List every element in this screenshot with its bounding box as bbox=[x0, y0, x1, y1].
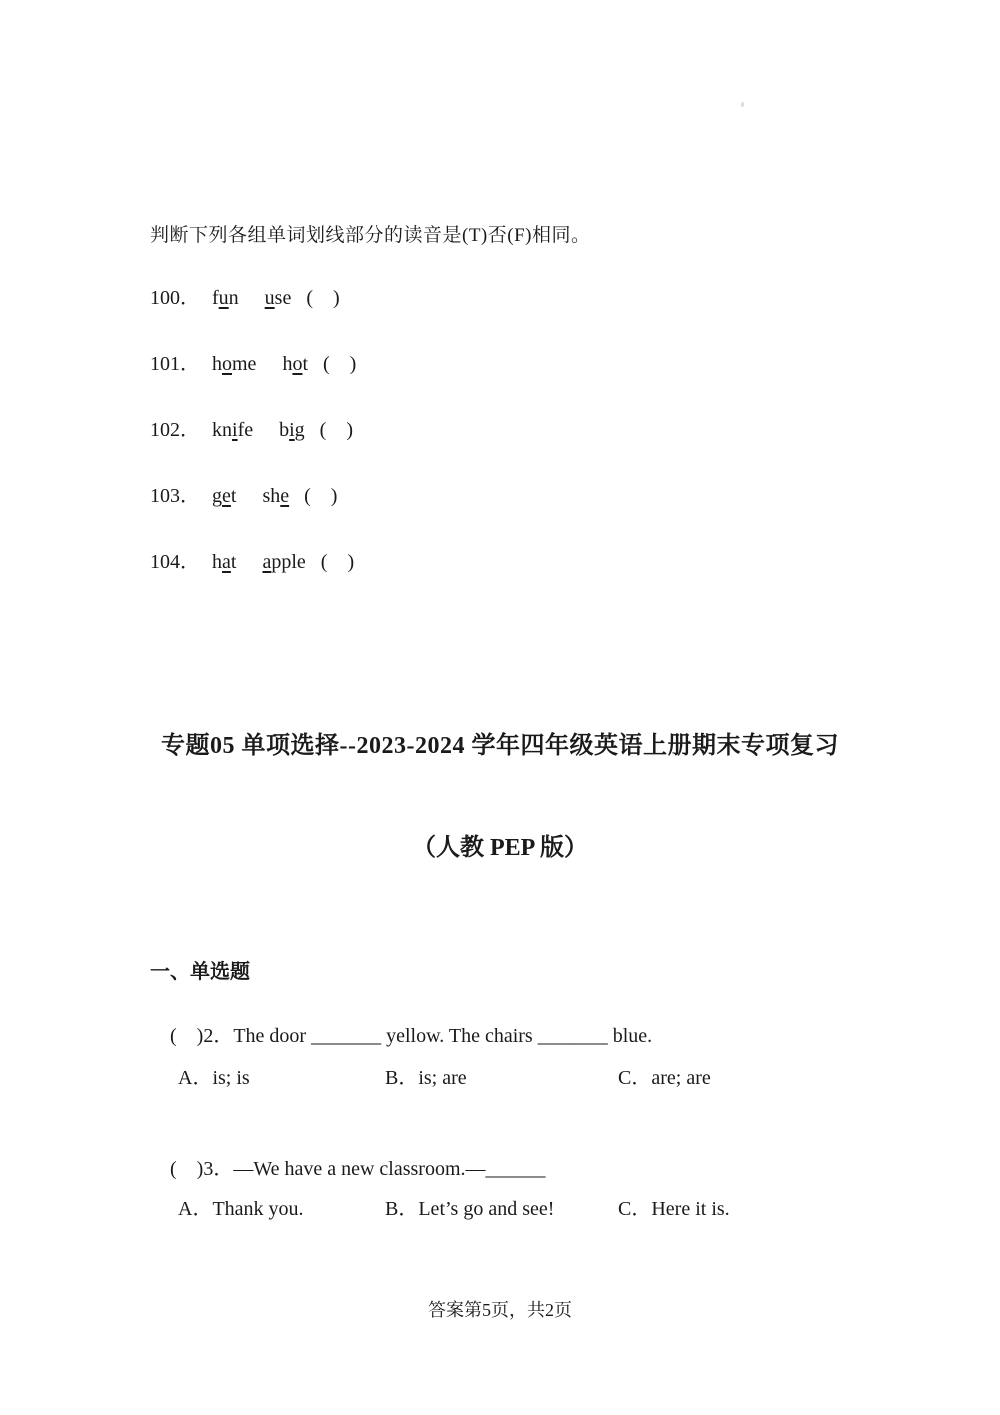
question-text: —We have a new classroom.—______ bbox=[233, 1158, 545, 1180]
item-number: 103． bbox=[150, 484, 207, 509]
item-number: 102． bbox=[150, 418, 207, 443]
answer-bracket: ( ) bbox=[306, 287, 339, 309]
underlined-letter: a bbox=[222, 551, 231, 573]
option-text: Thank you. bbox=[212, 1198, 303, 1220]
option-text: is; are bbox=[418, 1067, 466, 1089]
word-2: apple bbox=[262, 550, 305, 575]
option-b: B．Let’s go and see! bbox=[385, 1197, 554, 1222]
option-label: C． bbox=[618, 1067, 651, 1089]
pronunciation-instruction: 判断下列各组单词划线部分的读音是(T)否(F)相同。 bbox=[150, 224, 590, 248]
item-number: 100． bbox=[150, 286, 207, 311]
underlined-letter: u bbox=[265, 287, 275, 309]
underlined-letter: u bbox=[219, 287, 229, 309]
word-1: fun bbox=[212, 286, 239, 311]
word-1: get bbox=[212, 484, 236, 509]
word-2: hot bbox=[282, 352, 308, 377]
document-subtitle: （人教 PEP 版） bbox=[0, 833, 1000, 863]
option-label: A． bbox=[178, 1067, 212, 1089]
answer-bracket: ( ) bbox=[304, 485, 337, 507]
question-text: The door _______ yellow. The chairs ____… bbox=[233, 1025, 652, 1047]
underlined-letter: o bbox=[222, 353, 232, 375]
answer-bracket: ( ) bbox=[321, 551, 354, 573]
answer-bracket: ( ) bbox=[323, 353, 356, 375]
option-text: Here it is. bbox=[651, 1198, 729, 1220]
phonetic-item-104: 104． hat apple ( ) bbox=[150, 550, 354, 575]
underlined-letter: a bbox=[262, 551, 271, 573]
page-footer: 答案第5页，共2页 bbox=[0, 1299, 1000, 1322]
underlined-letter: o bbox=[292, 353, 302, 375]
document-title: 专题05 单项选择--2023-2024 学年四年级英语上册期末专项复习 bbox=[0, 731, 1000, 761]
answer-bracket: ( ) bbox=[320, 419, 353, 441]
option-a: A．is; is bbox=[178, 1066, 250, 1091]
item-number: 104． bbox=[150, 550, 207, 575]
word-2: use bbox=[265, 286, 292, 311]
option-text: are; are bbox=[651, 1067, 710, 1089]
word-1: hat bbox=[212, 550, 236, 575]
phonetic-item-103: 103． get she ( ) bbox=[150, 484, 337, 509]
item-number: 101． bbox=[150, 352, 207, 377]
option-label: A． bbox=[178, 1198, 212, 1220]
phonetic-item-100: 100． fun use ( ) bbox=[150, 286, 340, 311]
option-label: B． bbox=[385, 1067, 418, 1089]
word-1: knife bbox=[212, 418, 253, 443]
option-a: A．Thank you. bbox=[178, 1197, 304, 1222]
question-prefix: ( )3． bbox=[170, 1158, 233, 1180]
question-2-options: A．is; is B．is; are C．are; are bbox=[150, 1066, 850, 1092]
option-text: Let’s go and see! bbox=[418, 1198, 554, 1220]
phonetic-item-101: 101． home hot ( ) bbox=[150, 352, 356, 377]
question-3: ( )3．—We have a new classroom.—______ bbox=[150, 1132, 546, 1207]
word-2: she bbox=[262, 484, 289, 509]
option-b: B．is; are bbox=[385, 1066, 467, 1091]
question-2: ( )2．The door _______ yellow. The chairs… bbox=[150, 999, 652, 1074]
word-1: home bbox=[212, 352, 256, 377]
option-text: is; is bbox=[212, 1067, 249, 1089]
section-heading-mcq: 一、单选题 bbox=[150, 960, 250, 985]
option-label: C． bbox=[618, 1198, 651, 1220]
option-c: C．are; are bbox=[618, 1066, 711, 1091]
word-2: big bbox=[279, 418, 305, 443]
underlined-letter: e bbox=[280, 485, 289, 507]
question-prefix: ( )2． bbox=[170, 1025, 233, 1047]
phonetic-item-102: 102． knife big ( ) bbox=[150, 418, 353, 443]
document-page: 判断下列各组单词划线部分的读音是(T)否(F)相同。 100． fun use … bbox=[0, 0, 1000, 1415]
option-label: B． bbox=[385, 1198, 418, 1220]
underlined-letter: e bbox=[222, 485, 231, 507]
scan-artifact-dot bbox=[741, 102, 744, 107]
option-c: C．Here it is. bbox=[618, 1197, 730, 1222]
question-3-options: A．Thank you. B．Let’s go and see! C．Here … bbox=[150, 1197, 850, 1223]
